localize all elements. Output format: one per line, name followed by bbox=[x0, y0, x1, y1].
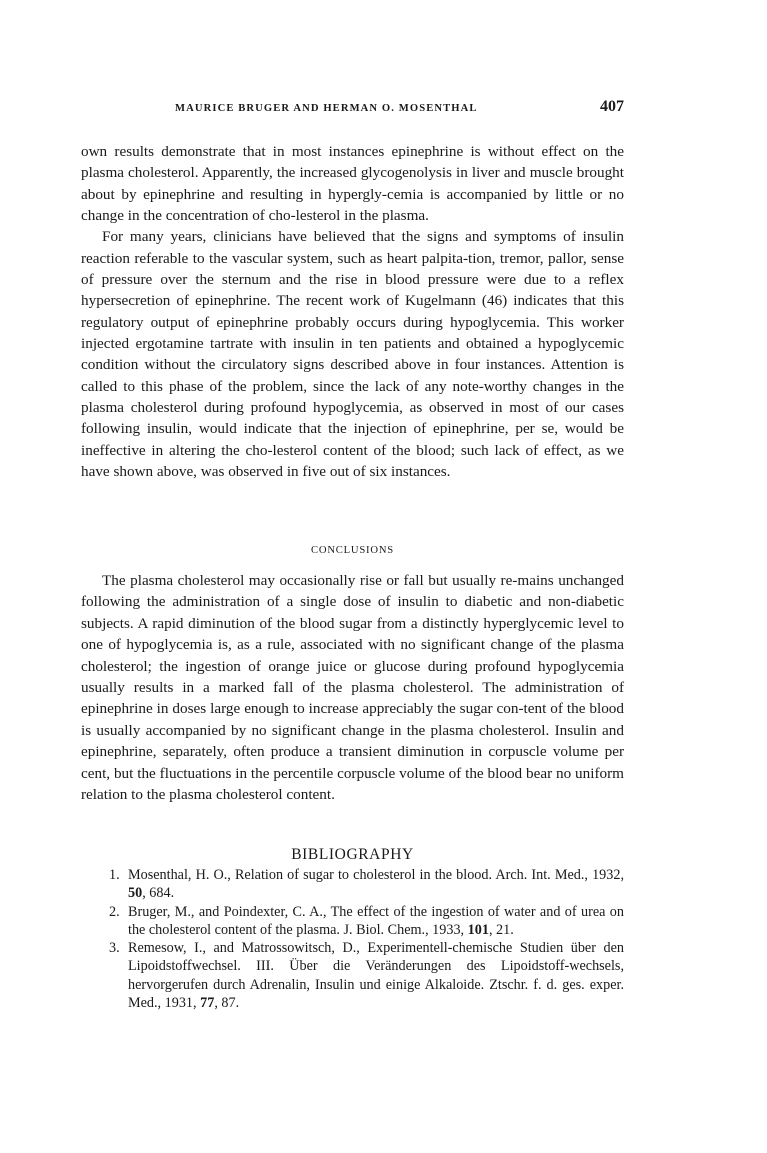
conclusions-heading: Conclusions bbox=[81, 545, 624, 556]
bib-pages: , 684. bbox=[142, 885, 174, 901]
bib-number: 2. bbox=[109, 903, 128, 921]
running-head: Maurice Bruger and Herman O. Mosenthal 4… bbox=[81, 103, 624, 123]
body-paragraph: For many years, clinicians have believed… bbox=[81, 226, 624, 482]
bibliography-list: 1.Mosenthal, H. O., Relation of sugar to… bbox=[88, 866, 624, 1012]
bib-text: Mosenthal, H. O., Relation of sugar to c… bbox=[128, 867, 624, 883]
bib-number: 3. bbox=[109, 939, 128, 957]
bibliography-entry: 3.Remesow, I., and Matrossowitsch, D., E… bbox=[88, 939, 624, 1012]
bibliography-entry: 1.Mosenthal, H. O., Relation of sugar to… bbox=[88, 866, 624, 903]
body-paragraph: own results demonstrate that in most ins… bbox=[81, 141, 624, 226]
bib-volume: 50 bbox=[128, 885, 142, 901]
conclusions-section: The plasma cholesterol may occasionally … bbox=[81, 570, 624, 805]
conclusions-paragraph: The plasma cholesterol may occasionally … bbox=[81, 570, 624, 805]
bib-volume: 77 bbox=[200, 995, 214, 1011]
bib-number: 1. bbox=[109, 866, 128, 884]
running-title: Maurice Bruger and Herman O. Mosenthal bbox=[175, 103, 478, 114]
bibliography-entry: 2.Bruger, M., and Poindexter, C. A., The… bbox=[88, 903, 624, 940]
body-text: own results demonstrate that in most ins… bbox=[81, 141, 624, 483]
bib-pages: , 87. bbox=[214, 995, 239, 1011]
page-number: 407 bbox=[600, 98, 624, 116]
bib-volume: 101 bbox=[468, 922, 489, 938]
bib-text: Bruger, M., and Poindexter, C. A., The e… bbox=[128, 904, 624, 938]
bib-pages: , 21. bbox=[489, 922, 514, 938]
bibliography-heading: BIBLIOGRAPHY bbox=[81, 846, 624, 864]
